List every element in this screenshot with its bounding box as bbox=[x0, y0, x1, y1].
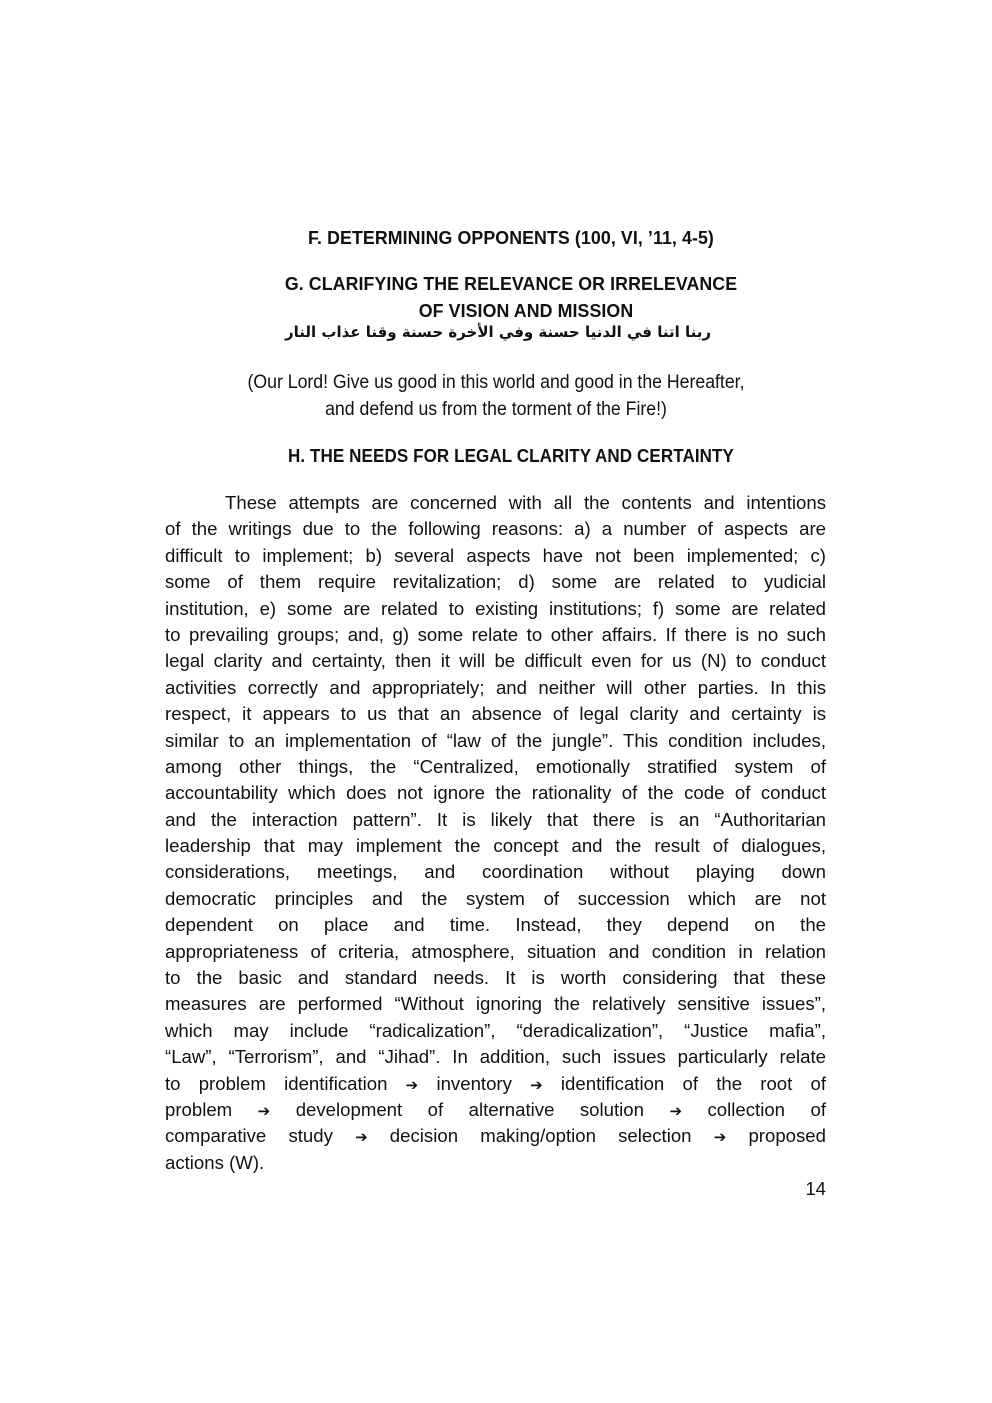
arabic-prayer-text: ربنا اتنا في الدنيا حسنة وفي الأخرة حسنة… bbox=[285, 323, 711, 341]
body-line-text: considerations, meetings, and coordinati… bbox=[165, 859, 826, 885]
body-line-text: some of them require revitalization; d) … bbox=[165, 569, 826, 595]
body-line: actions (W). bbox=[165, 1150, 826, 1176]
section-heading-g-line1: G. CLARIFYING THE RELEVANCE OR IRRELEVAN… bbox=[20, 273, 992, 295]
body-line-text: institution, e) some are related to exis… bbox=[165, 596, 826, 622]
body-line-text: dependent on place and time. Instead, th… bbox=[165, 912, 826, 938]
body-line-text: problem ➔ development of alternative sol… bbox=[165, 1097, 826, 1124]
arrow-right-icon: ➔ bbox=[669, 1102, 682, 1120]
body-line-text: “Law”, “Terrorism”, and “Jihad”. In addi… bbox=[165, 1044, 826, 1070]
arrow-right-icon: ➔ bbox=[355, 1128, 368, 1146]
body-line: activities correctly and appropriately; … bbox=[165, 675, 826, 701]
body-line: leadership that may implement the concep… bbox=[165, 833, 826, 859]
body-line-text: activities correctly and appropriately; … bbox=[165, 675, 826, 701]
body-line: of the writings due to the following rea… bbox=[165, 516, 826, 542]
body-line-text: difficult to implement; b) several aspec… bbox=[165, 543, 826, 569]
page-number: 14 bbox=[780, 1178, 826, 1200]
body-line: similar to an implementation of “law of … bbox=[165, 728, 826, 754]
arrow-right-icon: ➔ bbox=[530, 1076, 543, 1094]
body-line: appropriateness of criteria, atmosphere,… bbox=[165, 939, 826, 965]
body-line-text: accountability which does not ignore the… bbox=[165, 780, 826, 806]
body-line: among other things, the “Centralized, em… bbox=[165, 754, 826, 780]
body-line-text: among other things, the “Centralized, em… bbox=[165, 754, 826, 780]
prayer-translation-line1: (Our Lord! Give us good in this world an… bbox=[35, 372, 958, 394]
body-line: accountability which does not ignore the… bbox=[165, 780, 826, 806]
body-line-text: respect, it appears to us that an absenc… bbox=[165, 701, 826, 727]
body-line: to the basic and standard needs. It is w… bbox=[165, 965, 826, 991]
body-line: difficult to implement; b) several aspec… bbox=[165, 543, 826, 569]
arrow-right-icon: ➔ bbox=[406, 1076, 419, 1094]
body-line-text: and the interaction pattern”. It is like… bbox=[165, 807, 826, 833]
body-line-text: These attempts are concerned with all th… bbox=[225, 490, 826, 516]
document-page: F. DETERMINING OPPONENTS (100, VI, ’11, … bbox=[0, 0, 992, 1403]
body-line-text: legal clarity and certainty, then it wil… bbox=[165, 648, 826, 674]
body-line: measures are performed “Without ignoring… bbox=[165, 991, 826, 1017]
body-line: to prevailing groups; and, g) some relat… bbox=[165, 622, 826, 648]
body-line-text: leadership that may implement the concep… bbox=[165, 833, 826, 859]
body-line: democratic principles and the system of … bbox=[165, 886, 826, 912]
body-line-text: to prevailing groups; and, g) some relat… bbox=[165, 622, 826, 648]
body-line: institution, e) some are related to exis… bbox=[165, 596, 826, 622]
body-line: comparative study ➔ decision making/opti… bbox=[165, 1123, 826, 1149]
body-line: which may include “radicalization”, “der… bbox=[165, 1018, 826, 1044]
body-line: “Law”, “Terrorism”, and “Jihad”. In addi… bbox=[165, 1044, 826, 1070]
arabic-prayer: ربنا اتنا في الدنيا حسنة وفي الأخرة حسنة… bbox=[0, 323, 992, 341]
body-line: some of them require revitalization; d) … bbox=[165, 569, 826, 595]
body-line-text: comparative study ➔ decision making/opti… bbox=[165, 1123, 826, 1150]
arrow-right-icon: ➔ bbox=[258, 1102, 271, 1120]
section-heading-g-line2: OF VISION AND MISSION bbox=[21, 300, 992, 322]
body-line: and the interaction pattern”. It is like… bbox=[165, 807, 826, 833]
body-line-text: to the basic and standard needs. It is w… bbox=[165, 965, 826, 991]
body-line: to problem identification ➔ inventory ➔ … bbox=[165, 1071, 826, 1097]
body-line-text: actions (W). bbox=[165, 1150, 826, 1176]
body-line: respect, it appears to us that an absenc… bbox=[165, 701, 826, 727]
body-line: legal clarity and certainty, then it wil… bbox=[165, 648, 826, 674]
section-heading-f: F. DETERMINING OPPONENTS (100, VI, ’11, … bbox=[20, 227, 992, 249]
arrow-right-icon: ➔ bbox=[714, 1128, 727, 1146]
body-line-text: which may include “radicalization”, “der… bbox=[165, 1018, 826, 1044]
body-line: These attempts are concerned with all th… bbox=[165, 490, 826, 516]
body-line-text: appropriateness of criteria, atmosphere,… bbox=[165, 939, 826, 965]
body-line: problem ➔ development of alternative sol… bbox=[165, 1097, 826, 1123]
body-line-text: of the writings due to the following rea… bbox=[165, 516, 826, 542]
body-paragraph: These attempts are concerned with all th… bbox=[165, 490, 826, 1176]
section-heading-h: H. THE NEEDS FOR LEGAL CLARITY AND CERTA… bbox=[41, 445, 981, 467]
prayer-translation-line2: and defend us from the torment of the Fi… bbox=[35, 399, 958, 421]
body-line-text: measures are performed “Without ignoring… bbox=[165, 991, 826, 1017]
body-line-text: democratic principles and the system of … bbox=[165, 886, 826, 912]
body-line: dependent on place and time. Instead, th… bbox=[165, 912, 826, 938]
body-line: considerations, meetings, and coordinati… bbox=[165, 859, 826, 885]
body-line-text: similar to an implementation of “law of … bbox=[165, 728, 826, 754]
body-line-text: to problem identification ➔ inventory ➔ … bbox=[165, 1071, 826, 1098]
